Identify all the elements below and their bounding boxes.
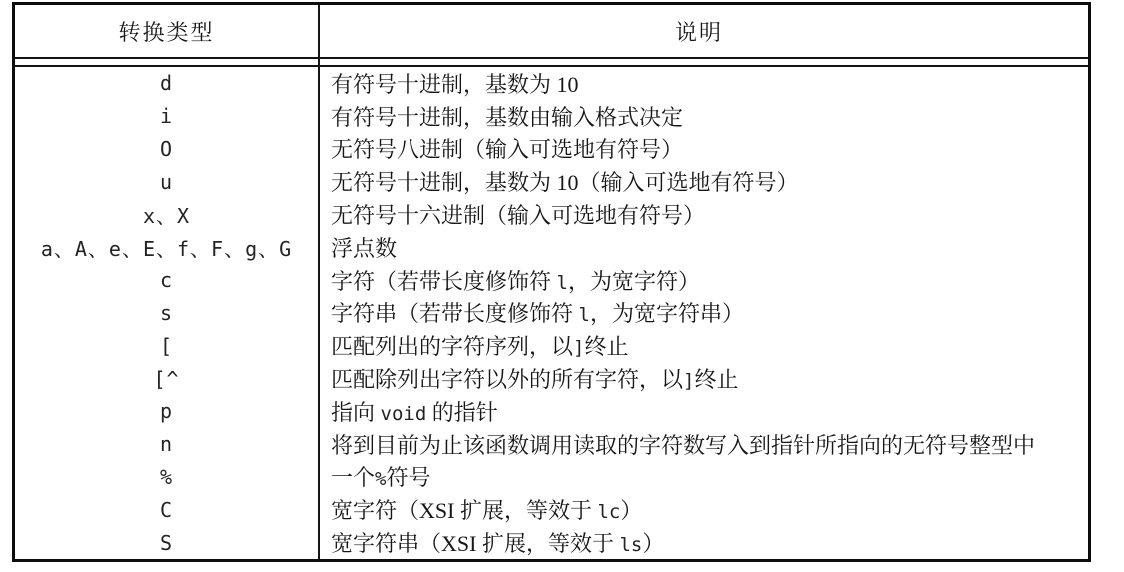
- description-cell: 字符串（若带长度修饰符 l，为宽字符串）: [318, 297, 1088, 328]
- description-cell: 字符（若带长度修饰符 l，为宽字符）: [318, 265, 1088, 296]
- conversion-type-cell: n: [15, 432, 318, 456]
- scanned-page: 转换类型 说明 d 有符号十进制，基数为 10 i 有符号十进制，基数由输入格式…: [0, 0, 1124, 572]
- description-cell: 浮点数: [318, 232, 1088, 263]
- table-header-row: 转换类型 说明: [15, 5, 1088, 57]
- description-text: 匹配除列出字符以外的所有字符，以: [331, 367, 683, 392]
- description-text: ，为宽字符串）: [590, 301, 744, 326]
- description-cell: 有符号十进制，基数为 10: [318, 68, 1088, 99]
- table-row: p 指向 void 的指针: [15, 395, 1088, 428]
- table-row: i 有符号十进制，基数由输入格式决定: [15, 100, 1088, 133]
- description-text: ，为宽字符）: [568, 269, 700, 294]
- description-cell: 无符号八进制（输入可选地有符号）: [318, 133, 1088, 164]
- description-text: ）: [620, 498, 642, 523]
- conversion-type-table: 转换类型 说明 d 有符号十进制，基数为 10 i 有符号十进制，基数由输入格式…: [12, 2, 1091, 562]
- table-row: [^ 匹配除列出字符以外的所有字符，以]终止: [15, 362, 1088, 395]
- code-fragment: void: [381, 403, 427, 425]
- conversion-type-cell: [^: [15, 367, 318, 391]
- description-text: 字符串（若带长度修饰符: [331, 301, 579, 326]
- conversion-type-code: %: [160, 465, 173, 489]
- description-text: 有符号十进制，基数为 10: [331, 72, 579, 97]
- code-fragment: ]: [573, 337, 584, 359]
- description-cell: 指向 void 的指针: [318, 396, 1088, 427]
- conversion-type-cell: %: [15, 465, 318, 489]
- table-body: d 有符号十进制，基数为 10 i 有符号十进制，基数由输入格式决定 O 无符号…: [15, 67, 1088, 559]
- code-fragment: %: [375, 468, 386, 490]
- description-text: 字符（若带长度修饰符: [331, 269, 557, 294]
- conversion-type-code: S: [160, 531, 173, 555]
- conversion-type-code: p: [160, 399, 173, 423]
- description-cell: 无符号十六进制（输入可选地有符号）: [318, 199, 1088, 230]
- conversion-type-code: u: [160, 170, 173, 194]
- description-cell: 一个%符号: [318, 461, 1088, 492]
- conversion-type-code: i: [160, 104, 173, 128]
- header-cell-description: 说明: [318, 16, 1088, 47]
- description-text: 指向: [331, 400, 381, 425]
- description-text: 终止: [584, 334, 628, 359]
- column-divider: [318, 5, 320, 559]
- conversion-type-code: c: [160, 268, 173, 292]
- conversion-type-cell: O: [15, 137, 318, 161]
- description-cell: 有符号十进制，基数由输入格式决定: [318, 101, 1088, 132]
- conversion-type-cell: a、A、e、E、f、F、g、G: [15, 233, 318, 262]
- conversion-type-code: C: [160, 498, 173, 522]
- conversion-type-code: d: [160, 71, 173, 95]
- description-cell: 将到目前为止该函数调用读取的字符数写入到指针所指向的无符号整型中: [318, 429, 1088, 460]
- description-cell: 宽字符串（XSI 扩展，等效于 ls）: [318, 527, 1088, 558]
- table-row: S 宽字符串（XSI 扩展，等效于 ls）: [15, 526, 1088, 559]
- description-text: 无符号十进制，基数为 10（输入可选地有符号）: [331, 170, 799, 195]
- description-text: 浮点数: [331, 236, 397, 261]
- column-header-description: 说明: [675, 20, 723, 45]
- code-fragment: ]: [683, 370, 694, 392]
- conversion-type-cell: i: [15, 104, 318, 128]
- description-text: 有符号十进制，基数由输入格式决定: [331, 105, 683, 130]
- description-cell: 无符号十进制，基数为 10（输入可选地有符号）: [318, 166, 1088, 197]
- header-separator-double-rule: [15, 57, 1088, 67]
- description-text: 符号: [386, 465, 430, 490]
- table-row: a、A、e、E、f、F、g、G 浮点数: [15, 231, 1088, 264]
- description-cell: 宽字符（XSI 扩展，等效于 lc）: [318, 494, 1088, 525]
- conversion-type-code: s: [160, 301, 173, 325]
- table-row: c 字符（若带长度修饰符 l，为宽字符）: [15, 264, 1088, 297]
- conversion-type-code: O: [160, 137, 173, 161]
- table-row: u 无符号十进制，基数为 10（输入可选地有符号）: [15, 165, 1088, 198]
- conversion-type-code: x、X: [143, 204, 190, 228]
- description-cell: 匹配列出的字符序列，以]终止: [318, 330, 1088, 361]
- conversion-type-cell: S: [15, 531, 318, 555]
- table-row: n 将到目前为止该函数调用读取的字符数写入到指针所指向的无符号整型中: [15, 428, 1088, 461]
- column-header-type: 转换类型: [118, 20, 214, 45]
- description-text: 匹配列出的字符序列，以: [331, 334, 573, 359]
- conversion-type-code: n: [160, 432, 173, 456]
- table-row: C 宽字符（XSI 扩展，等效于 lc）: [15, 493, 1088, 526]
- conversion-type-cell: c: [15, 268, 318, 292]
- description-text: 将到目前为止该函数调用读取的字符数写入到指针所指向的无符号整型中: [331, 433, 1035, 458]
- description-text: 宽字符串（XSI 扩展，等效于: [331, 531, 619, 556]
- description-text: ）: [642, 531, 664, 556]
- code-fragment: l: [557, 272, 568, 294]
- description-cell: 匹配除列出字符以外的所有字符，以]终止: [318, 363, 1088, 394]
- code-fragment: lc: [597, 501, 620, 523]
- table-row: [ 匹配列出的字符序列，以]终止: [15, 329, 1088, 362]
- description-text: 的指针: [426, 400, 498, 425]
- conversion-type-cell: u: [15, 170, 318, 194]
- table-row: d 有符号十进制，基数为 10: [15, 67, 1088, 100]
- conversion-type-cell: C: [15, 498, 318, 522]
- conversion-type-cell: s: [15, 301, 318, 325]
- conversion-type-cell: p: [15, 399, 318, 423]
- code-fragment: ls: [619, 534, 642, 556]
- conversion-type-cell: [: [15, 334, 318, 358]
- description-text: 宽字符（XSI 扩展，等效于: [331, 498, 597, 523]
- description-text: 无符号十六进制（输入可选地有符号）: [331, 203, 705, 228]
- conversion-type-code: [: [160, 334, 173, 358]
- conversion-type-cell: x、X: [15, 200, 318, 229]
- description-text: 无符号八进制（输入可选地有符号）: [331, 137, 683, 162]
- table-row: s 字符串（若带长度修饰符 l，为宽字符串）: [15, 297, 1088, 330]
- conversion-type-code: a、A、e、E、f、F、g、G: [41, 237, 292, 261]
- conversion-type-cell: d: [15, 71, 318, 95]
- conversion-type-code: [^: [153, 367, 179, 391]
- header-cell-type: 转换类型: [15, 16, 318, 47]
- code-fragment: l: [579, 304, 590, 326]
- table-row: O 无符号八进制（输入可选地有符号）: [15, 133, 1088, 166]
- table-row: x、X 无符号十六进制（输入可选地有符号）: [15, 198, 1088, 231]
- table-row: % 一个%符号: [15, 461, 1088, 494]
- description-text: 终止: [694, 367, 738, 392]
- description-text: 一个: [331, 465, 375, 490]
